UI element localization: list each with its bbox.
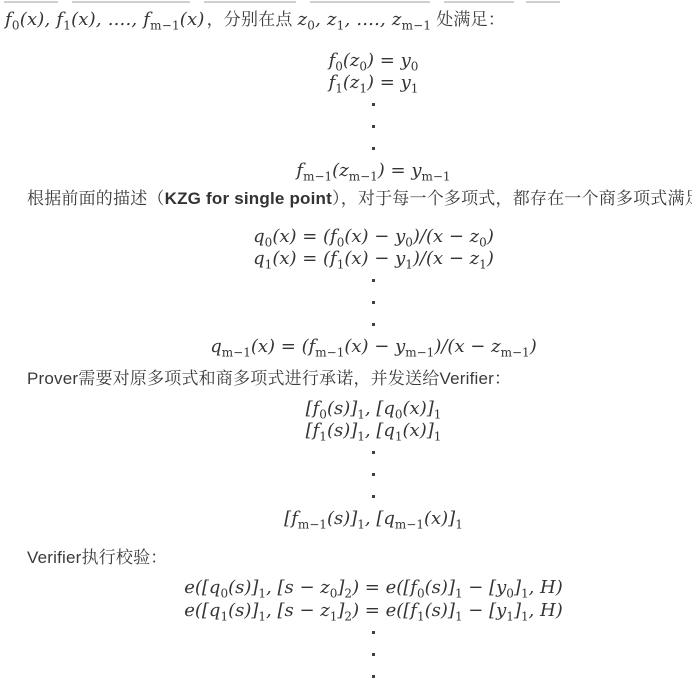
clipped-text-remnant <box>0 0 692 4</box>
paragraph-verifier-check: Verifier执行校验： <box>27 545 168 571</box>
paragraph-kzg-reference: 根据前面的描述（KZG for single point），对于每一个多项式，都… <box>27 186 692 212</box>
equation-line: e([q0(s)]1, [s − z0]2) = e([f0(s)]1 − [y… <box>55 576 692 599</box>
equation-line: f1(z1) = y1 <box>55 72 692 94</box>
equation-line: [f1(s)]1, [q1(x)]1 <box>55 420 692 442</box>
inline-math-points: z0, z1, ...., zm−1 <box>298 9 432 30</box>
vertical-dot <box>55 442 692 464</box>
equation-line: q1(x) = (f1(x) − y1)/(x − z1) <box>55 248 692 270</box>
vertical-dot <box>55 644 692 666</box>
equation-line: [f0(s)]1, [q0(x)]1 <box>55 398 692 420</box>
vertical-dot <box>55 314 692 336</box>
vertical-dot <box>55 292 692 314</box>
equation-block-point-evaluations: f0(z0) = y0f1(z1) = y1fm−1(zm−1) = ym−1 <box>0 50 692 182</box>
equation-line: q0(x) = (f0(x) − y0)/(x − z0) <box>55 226 692 248</box>
kzg-text-before: 根据前面的描述（ <box>27 189 165 208</box>
paragraph-intro: f0(x), f1(x), ...., fm−1(x)，分别在点z0, z1, … <box>5 7 505 33</box>
paragraph-prover-commit: Prover需要对原多项式和商多项式进行承诺，并发送给Verifier： <box>27 366 511 392</box>
vertical-dot <box>55 622 692 644</box>
vertical-dot <box>55 94 692 116</box>
intro-text-end: 处满足： <box>436 10 505 29</box>
vertical-dot <box>55 116 692 138</box>
equation-block-quotient-polynomials: q0(x) = (f0(x) − y0)/(x − z0)q1(x) = (f1… <box>0 226 692 358</box>
kzg-bold-text: KZG for single point <box>165 189 332 208</box>
vertical-dot <box>55 486 692 508</box>
vertical-dot <box>55 666 692 682</box>
intro-text-between: ，分别在点 <box>207 10 293 29</box>
equation-line: f0(z0) = y0 <box>55 50 692 72</box>
equation-line: [fm−1(s)]1, [qm−1(x)]1 <box>55 508 692 530</box>
kzg-text-after: ），对于每一个多项式，都存在一个商多项式满足： <box>332 189 692 208</box>
equation-line: fm−1(zm−1) = ym−1 <box>55 160 692 182</box>
article-page: f0(x), f1(x), ...., fm−1(x)，分别在点z0, z1, … <box>0 0 692 682</box>
inline-math-functions: f0(x), f1(x), ...., fm−1(x) <box>5 9 205 30</box>
vertical-dot <box>55 464 692 486</box>
equation-line: qm−1(x) = (fm−1(x) − ym−1)/(x − zm−1) <box>55 336 692 358</box>
equation-block-commitments: [f0(s)]1, [q0(x)]1[f1(s)]1, [q1(x)]1[fm−… <box>0 398 692 530</box>
equation-line: e([q1(s)]1, [s − z1]2) = e([f1(s)]1 − [y… <box>55 599 692 622</box>
equation-block-pairing-checks: e([q0(s)]1, [s − z0]2) = e([f0(s)]1 − [y… <box>0 576 692 682</box>
vertical-dot <box>55 270 692 292</box>
vertical-dot <box>55 138 692 160</box>
